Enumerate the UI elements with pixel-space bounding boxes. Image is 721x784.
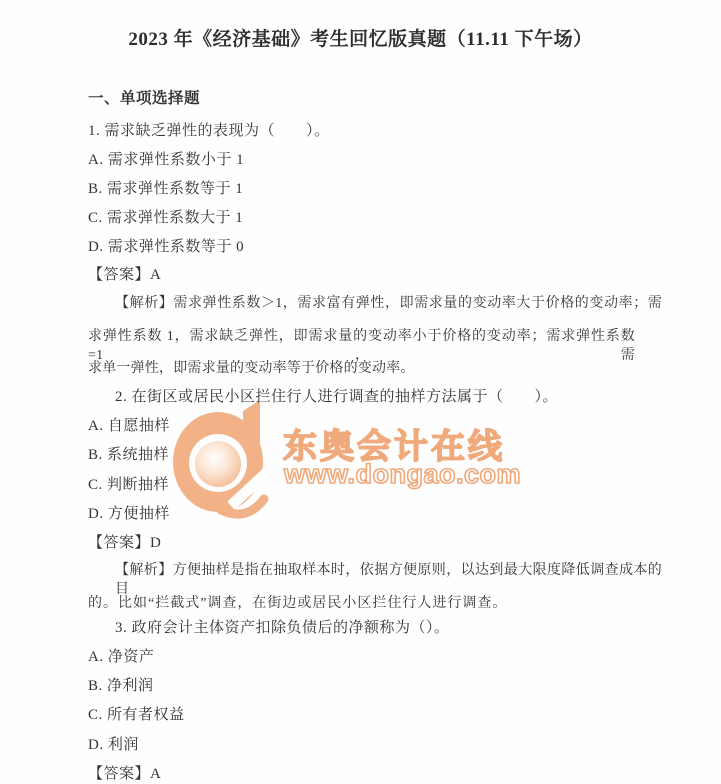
q1-option-c: C. 需求弹性系数大于 1: [88, 209, 635, 228]
q2-option-a: A. 自愿抽样: [88, 417, 635, 436]
q2-answer: 【答案】D: [88, 534, 635, 553]
q2-option-d: D. 方便抽样: [88, 505, 635, 524]
q1-analysis-line-3: 求单一弹性，即需求量的变动率等于价格的变动率。: [88, 359, 635, 378]
q2-stem: 2. 在街区或居民小区拦住行人进行调查的抽样方法属于（ ）。: [88, 388, 662, 407]
q3-stem: 3. 政府会计主体资产扣除负债后的净额称为（）。: [88, 619, 662, 638]
q2-option-c: C. 判断抽样: [88, 476, 635, 495]
section-heading: 一、单项选择题: [88, 89, 635, 108]
q1-option-b: B. 需求弹性系数等于 1: [88, 180, 635, 199]
q3-answer: 【答案】A: [88, 765, 635, 784]
q1-answer: 【答案】A: [88, 266, 635, 285]
q1-option-a: A. 需求弹性系数小于 1: [88, 151, 635, 170]
document-title: 2023 年《经济基础》考生回忆版真题（11.11 下午场）: [0, 24, 721, 51]
q3-option-c: C. 所有者权益: [88, 706, 635, 725]
q3-option-a: A. 净资产: [88, 648, 635, 667]
q3-option-b: B. 净利润: [88, 677, 635, 696]
exam-document-page: 东奥会计在线 www.dongao.com 2023 年《经济基础》考生回忆版真…: [0, 0, 721, 784]
document-text: 2023 年《经济基础》考生回忆版真题（11.11 下午场） 一、单项选择题 1…: [0, 0, 721, 784]
q1-analysis-line-1: 【解析】需求弹性系数＞1，需求富有弹性，即需求量的变动率大于价格的变动率；需: [88, 294, 662, 313]
q2-option-b: B. 系统抽样: [88, 446, 635, 465]
q1-option-d: D. 需求弹性系数等于 0: [88, 238, 635, 257]
q2-analysis-line-2: 的。比如“拦截式”调查，在街边或居民小区拦住行人进行调查。: [88, 594, 635, 613]
q1-stem: 1. 需求缺乏弹性的表现为（ ）。: [88, 122, 635, 141]
q3-option-d: D. 利润: [88, 736, 635, 755]
